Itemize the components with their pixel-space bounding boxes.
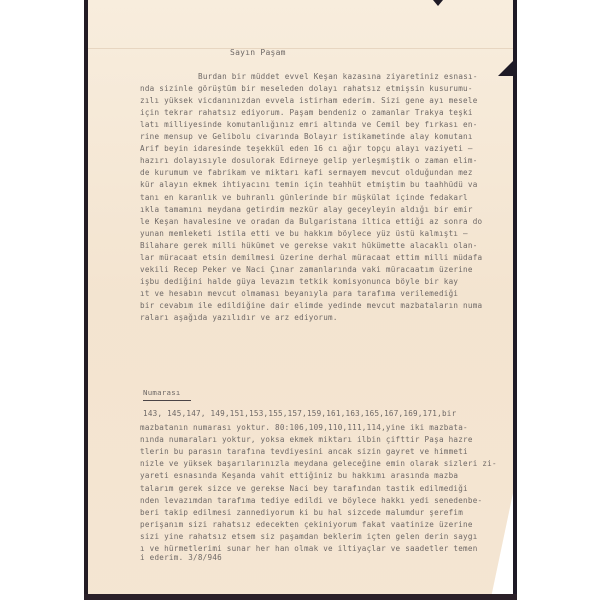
body-line: raları aşağıda yazılıdır ve arz ediyorum… — [140, 313, 510, 322]
section-heading: Numarası — [143, 388, 191, 401]
letter-paper: Sayın Paşam Burdan bir müddet evvel Keşa… — [88, 0, 513, 594]
closing-line: mazbatanın numarası yoktur. 80:106,109,1… — [140, 423, 510, 432]
closing-line: perişanım sizi rahatsız edecekten çekini… — [140, 520, 510, 529]
closing-line: yareti esnasında Keşanda vahit ettiğiniz… — [140, 471, 510, 480]
body-line: ıkla tamamını meydana getirdim mezkür al… — [140, 205, 510, 214]
closing-line: nında numaraları yoktur, yoksa ekmek mik… — [140, 435, 510, 444]
numbers-line: 143, 145,147, 149,151,153,155,157,159,16… — [143, 409, 513, 418]
body-line: bir cevabım ile edildiğine dair elimde y… — [140, 301, 510, 310]
body-line: nda sizinle görüştüm bir meseleden dolay… — [140, 84, 510, 93]
body-line: rine mensup ve Gelibolu civarında Bolayı… — [140, 132, 510, 141]
closing-line: beri takip edilmesi zannediyorum ki bu h… — [140, 508, 510, 517]
body-line: latı milliyesinde komutanlığınız emri al… — [140, 120, 510, 129]
backdrop-bottom-edge — [84, 594, 517, 600]
closing-line: ı ve hürmetlerimi sunar her han olmak ve… — [140, 544, 510, 553]
body-line: için tekrar rahatsız ediyorum. Paşam ben… — [140, 108, 510, 117]
salutation: Sayın Paşam — [230, 48, 286, 57]
body-line: Arif beyin idaresinde teşekkül eden 16 c… — [140, 144, 510, 153]
closing-line: tlerin bu parasın tarafına tevdiyesini a… — [140, 447, 510, 456]
body-line: kür alayın ekmek ihtiyacını temin için t… — [140, 180, 510, 189]
body-line: lar müracaat etsin demilmesi üzerine der… — [140, 253, 510, 262]
body-line: işbu dediğini halde güya levazım tetkik … — [140, 277, 510, 286]
closing-line: talarım gerek sizce ve gerekse Naci bey … — [140, 484, 510, 493]
closing-line: nden levazımdan tarafıma tediye edildi v… — [140, 496, 510, 505]
backdrop-right-edge — [513, 0, 517, 600]
backdrop-left-edge — [84, 0, 88, 600]
body-line: vekili Recep Peker ve Naci Çınar zamanla… — [140, 265, 510, 274]
closing-line: i ederim. 3/8/946 — [140, 553, 510, 562]
typed-text: Sayın Paşam Burdan bir müddet evvel Keşa… — [88, 0, 513, 594]
body-line: ıt ve hesabın mevcut olmaması beyanıyla … — [140, 289, 510, 298]
body-line: yunan memleketi istila etti ve bu hakkım… — [140, 229, 510, 238]
closing-line: nizle ve yüksek başarılarınızla meydana … — [140, 459, 510, 468]
body-line: tanı en karanlık ve buhranlı günlerinde … — [140, 193, 510, 202]
body-line: le Keşan havalesine ve oradan da Bulgari… — [140, 217, 510, 226]
body-line: hazırı dolayısıyle dosulorak Edirneye ge… — [140, 156, 510, 165]
body-line: de kurumum ve fabrikam ve miktarı kafi s… — [140, 168, 510, 177]
body-line: zılı yüksek vicdanınızdan evvela istirha… — [140, 96, 510, 105]
body-line: Bilahare gerek milli hükümet ve gerekse … — [140, 241, 510, 250]
closing-line: sizi yine rahatsız etsem siz paşamdan be… — [140, 532, 510, 541]
